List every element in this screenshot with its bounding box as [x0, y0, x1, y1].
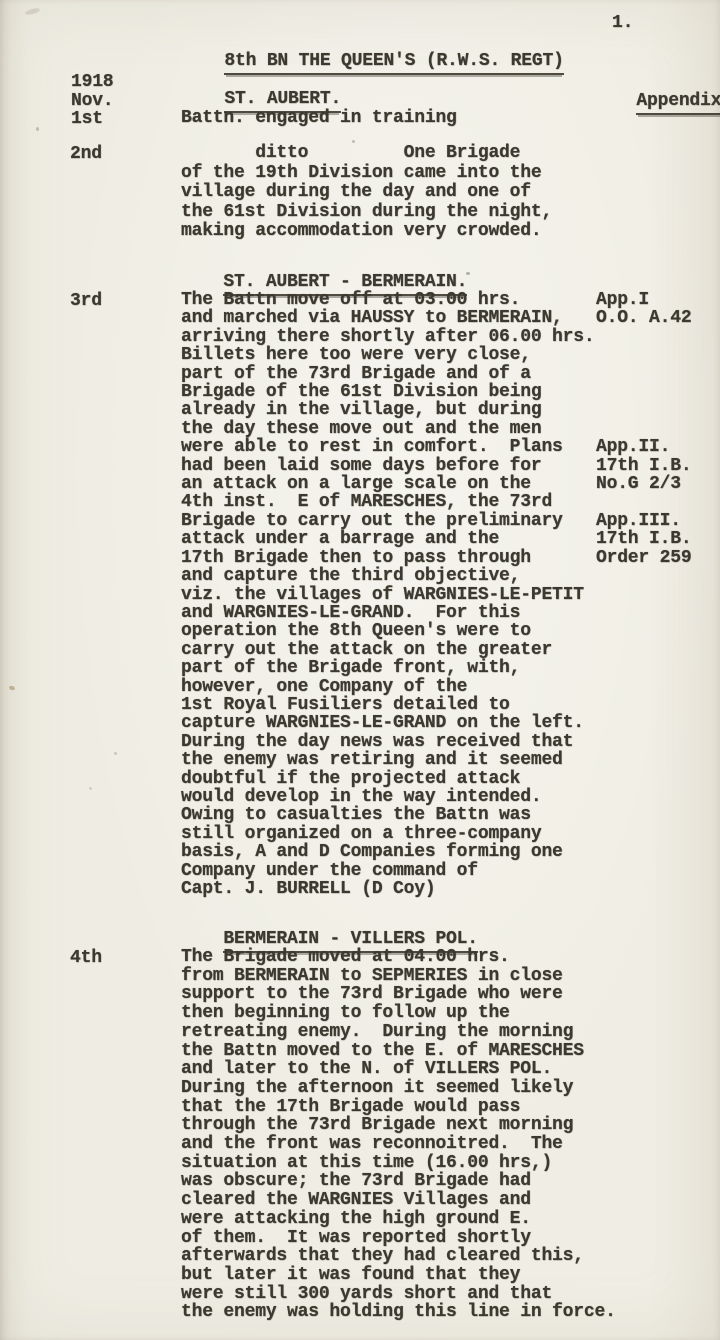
margin-year: 1918: [71, 72, 113, 92]
entry-body-3rd: The Battn move off at 03.00 hrs. and mar…: [181, 291, 594, 898]
paper-smudge: [25, 7, 41, 16]
paper-speck: [8, 685, 15, 691]
entry-body-2nd: ditto One Brigade of the 19th Division c…: [181, 144, 552, 242]
paper-speck: [36, 127, 39, 131]
paper-speck: [652, 440, 655, 443]
paper-speck: [89, 787, 92, 790]
page-number: 1.: [612, 13, 633, 33]
appendix-column-heading: Appendix.: [594, 71, 720, 135]
paper-speck: [350, 205, 352, 207]
appendix-refs-3rd: App.I O.O. A.42 App.II. 17th I.B. No.G 2…: [596, 291, 691, 567]
entry-body-4th: The Brigade moved at 04.00 hrs. from BER…: [181, 948, 616, 1322]
entry-date-3rd: 3rd: [70, 291, 102, 311]
entry-date-1st: 1st: [71, 109, 103, 129]
paper-speck: [114, 752, 117, 755]
scanned-document-page: 1. 8th BN THE QUEEN'S (R.W.S. REGT) Appe…: [0, 0, 720, 1340]
entry-date-4th: 4th: [70, 948, 102, 968]
paper-speck: [352, 140, 355, 143]
paper-speck: [466, 272, 470, 275]
entry-body-1st: Battn. engaged in training: [181, 109, 457, 127]
entry-date-2nd: 2nd: [70, 144, 102, 164]
margin-month: Nov.: [71, 91, 113, 111]
